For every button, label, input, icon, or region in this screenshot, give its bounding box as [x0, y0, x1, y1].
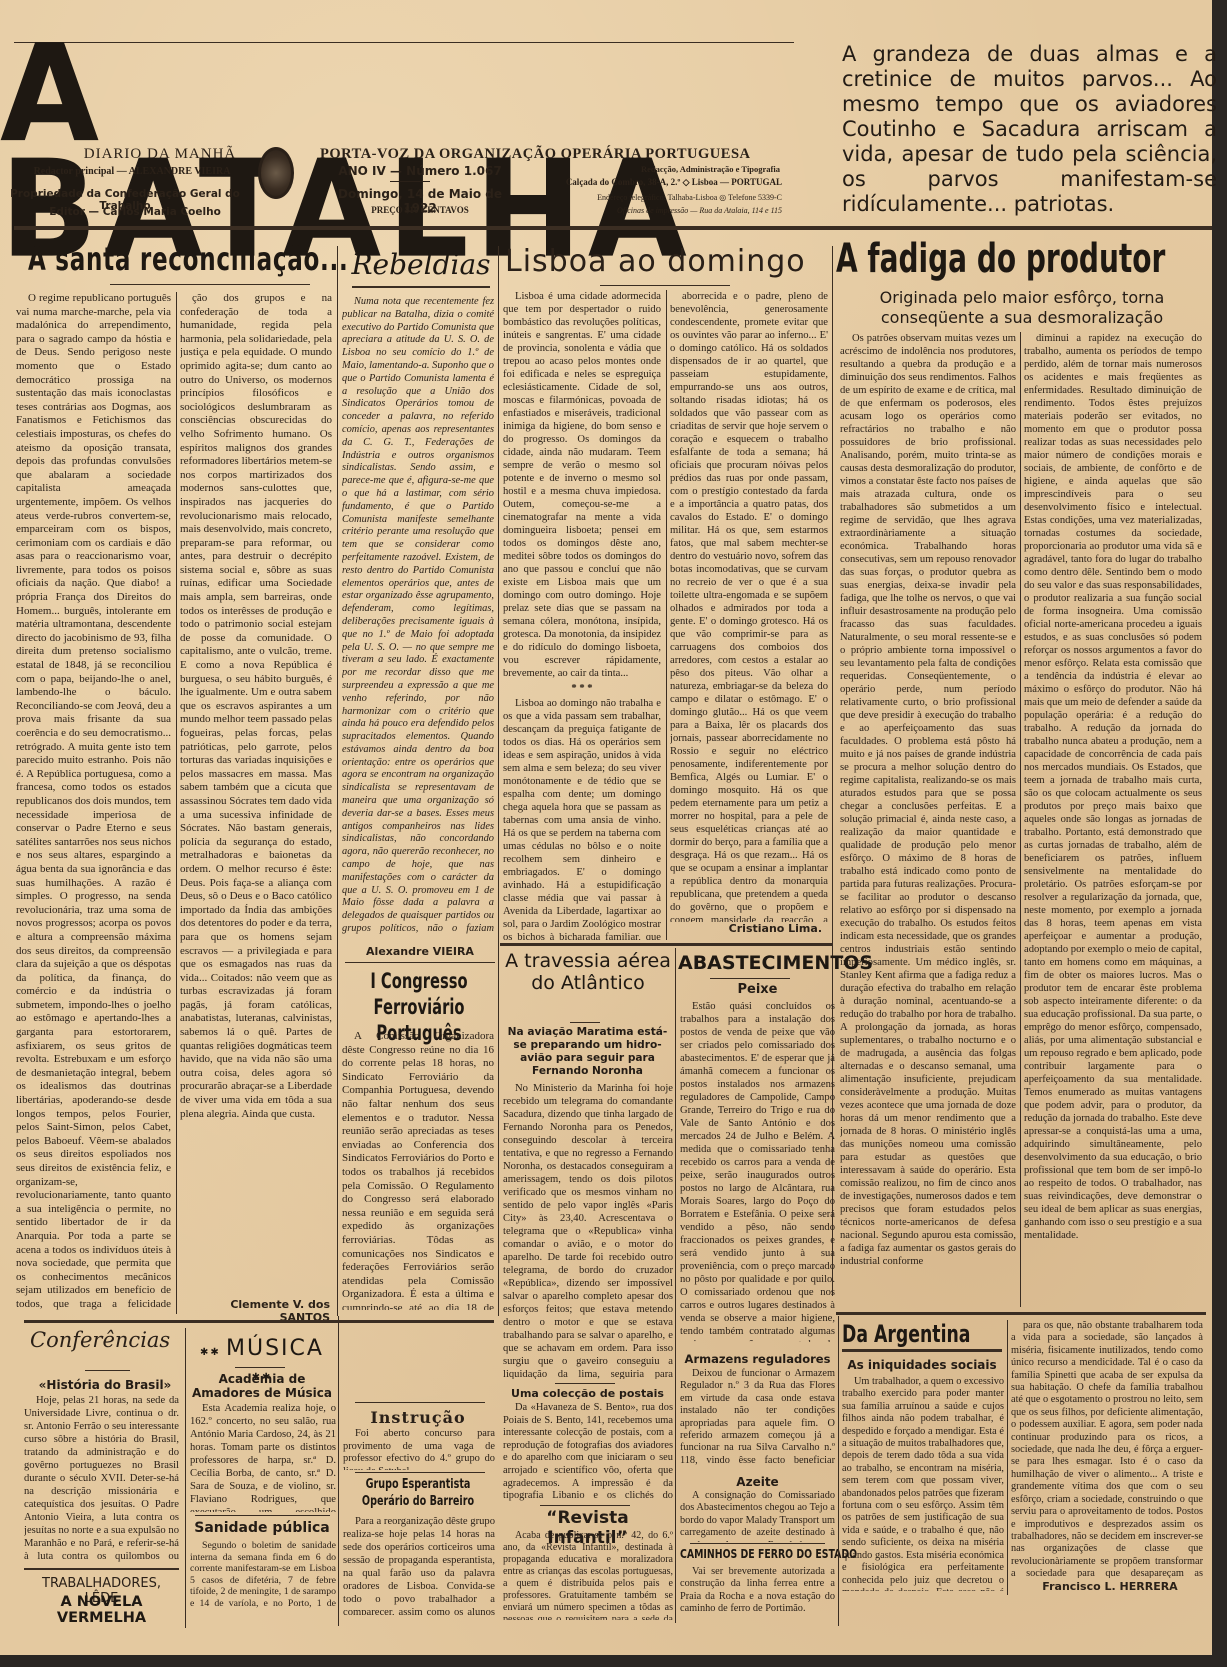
esperantista-body: Para a reorganização dêste grupo realiza…: [343, 1515, 495, 1615]
argentina-col1: Um trabalhador, a quem o excessivo traba…: [842, 1376, 1004, 1591]
reconciliacao-col1: O regime republicano português vai numa …: [16, 292, 171, 1314]
peixe-title: Peixe: [680, 982, 835, 997]
headline-reconciliacao: A santa reconciliação...: [28, 240, 348, 278]
address: Calçada do Combro, 38-A, 2.º ◇ Lisboa — …: [520, 177, 782, 188]
conferencias-title: «História do Brasil»: [30, 1378, 180, 1392]
rule: [690, 1543, 825, 1544]
musica-body: Esta Academia realiza hoje, o 162.º conc…: [190, 1402, 336, 1512]
union-seal-icon: [258, 147, 294, 199]
rule: [235, 1367, 285, 1368]
lisboa-author: Cristiano Lima.: [680, 922, 822, 935]
masthead-title: A BATALHA: [0, 37, 790, 153]
column-divider: [838, 1316, 839, 1626]
column-divider: [185, 1328, 186, 1628]
sanidade-body: Segundo o boletim de sanidade interna da…: [190, 1540, 336, 1610]
rule: [355, 1472, 485, 1473]
masthead-tagline: PORTA-VOZ DA ORGANIZAÇÃO OPERÁRIA PORTUG…: [320, 146, 780, 163]
rule: [110, 284, 310, 285]
musica-title: Academia de Amadores de Música: [188, 1372, 336, 1400]
column-divider: [338, 1316, 339, 1626]
headline-esperantista: Grupo Esperantista Operário do Barreiro: [344, 1476, 492, 1510]
argentina-col2: para os que, não obstante trabalharem to…: [1011, 1320, 1203, 1578]
newspaper-page: A BATALHA DIARIO DA MANHÃ Redactor princ…: [0, 0, 1212, 1655]
editor-in-chief: Redactor principal — ALEXANDRE VIEIRA: [12, 166, 252, 177]
rule: [352, 286, 490, 288]
conferencias-body: Hoje, pelas 21 horas, na sede da Univers…: [24, 1394, 179, 1564]
headline-fadiga: A fadiga do produtor: [836, 236, 1165, 282]
congresso-body: A Comissão Organizadora dêste Congresso …: [342, 1030, 494, 1310]
headline-lisboa: Lisboa ao domingo: [505, 244, 825, 279]
lisboa-col1: Lisboa é uma cidade adormecida que tem p…: [503, 290, 661, 940]
headline-abastecimentos: ABASTECIMENTOS: [678, 952, 838, 974]
subheadline-fadiga: Originada pelo maior esfôrço, torna cons…: [842, 288, 1202, 328]
headline-instrucao: Instrução: [342, 1408, 494, 1427]
headline-conferencias: Conferências: [30, 1328, 180, 1352]
headline-caminhos: CAMINHOS DE FERRO DO ESTADO: [680, 1547, 836, 1561]
rule: [355, 1402, 485, 1403]
subheadline-argentina: As iniquidades sociais: [842, 1358, 1002, 1372]
headline-argentina: Da Argentina: [842, 1320, 970, 1348]
section-rule: [836, 1312, 1206, 1315]
headline-travessia: A travessia aérea do Atlântico: [503, 950, 673, 994]
address-label: Redacção, Administração e Tipografia: [560, 164, 780, 174]
novela-callout-line2: A NOVELA VERMELHA: [24, 1594, 179, 1626]
section-rule: [500, 943, 832, 946]
headline-sanidade: Sanidade pública: [188, 1520, 336, 1536]
rule: [842, 1349, 1002, 1352]
telegraph: Endereço telegráfico: Talhaba-Lisboa ◎ T…: [520, 193, 782, 202]
section-stars: * * *: [503, 682, 661, 695]
editor: Editor — Carlos Maria Coelho: [20, 206, 250, 218]
rule: [555, 1383, 615, 1384]
rule: [85, 1370, 130, 1371]
instrucao-body: Foi aberto concurso para provimento de u…: [343, 1428, 495, 1470]
column-divider: [498, 246, 499, 1316]
rule: [600, 285, 730, 286]
peixe-body: Estão quási concluídos os trabalhos para…: [680, 1000, 835, 1342]
rule: [195, 1515, 330, 1516]
column-divider: [337, 246, 338, 1316]
issue-number: ANO IV — Número 1.067: [335, 164, 505, 178]
fadiga-col2: diminui a rapidez na execução do trabalh…: [1024, 332, 1202, 1307]
front-teaser: A grandeza de duas almas e a cretinice d…: [842, 42, 1217, 217]
azeite-title: Azeite: [680, 1475, 835, 1489]
armazens-title: Armazens reguladores: [680, 1352, 835, 1366]
rule: [570, 1022, 600, 1023]
masthead-bottom-rule: [14, 226, 1212, 230]
column-divider: [1007, 1320, 1008, 1595]
rebeldias-author: Alexandre VIEIRA: [345, 945, 495, 958]
rule: [540, 1505, 630, 1506]
rebeldias-body: Numa nota que recentemente fez publicar …: [342, 296, 494, 936]
issue-price: PREÇO $10 CENTAVOS: [340, 205, 500, 215]
revista-body: Acaba de publicar-se o n.º 42, do 6.º an…: [503, 1530, 673, 1620]
fadiga-col1: Os patrões observam muitas vezes um acré…: [840, 332, 1016, 1307]
rule: [24, 1568, 179, 1570]
column-divider: [176, 292, 177, 1314]
postais-body: Da «Havaneza de S. Bento», rua dos Poiai…: [503, 1402, 673, 1502]
travessia-body: No Ministerio da Marinha foi hoje recebi…: [503, 1082, 673, 1379]
workshops: Oficinas de impressão — Rua da Atalaia, …: [520, 206, 782, 215]
headline-postais: Uma colecção de postais: [505, 1387, 670, 1400]
caminhos-body: Vai ser brevemente autorizada a construç…: [680, 1566, 835, 1626]
column-divider: [675, 948, 676, 1623]
argentina-author: Francisco L. HERRERA: [1030, 1580, 1190, 1593]
subheadline-travessia: Na aviação Maratima está-se preparando u…: [505, 1026, 670, 1078]
reconciliacao-col2: ção dos grupos e na confederação de toda…: [180, 292, 332, 1292]
section-rule: [24, 1320, 494, 1323]
decorative-stars-icon: ✱✱: [200, 1347, 226, 1358]
issue-rule: [390, 181, 430, 182]
masthead-subtitle: DIARIO DA MANHÃ: [70, 146, 250, 163]
rule: [345, 962, 495, 963]
column-divider: [1020, 332, 1021, 1307]
rule: [710, 978, 790, 979]
lisboa-col2: aborrecida e o padre, pleno de benevolên…: [670, 290, 828, 922]
headline-rebeldias: Rebeldias: [345, 248, 497, 281]
column-divider: [666, 290, 667, 940]
armazens-body: Deixou de funcionar o Armazem Regulador …: [680, 1368, 835, 1468]
azeite-body: A consignação do Comissariado dos Abaste…: [680, 1490, 835, 1542]
